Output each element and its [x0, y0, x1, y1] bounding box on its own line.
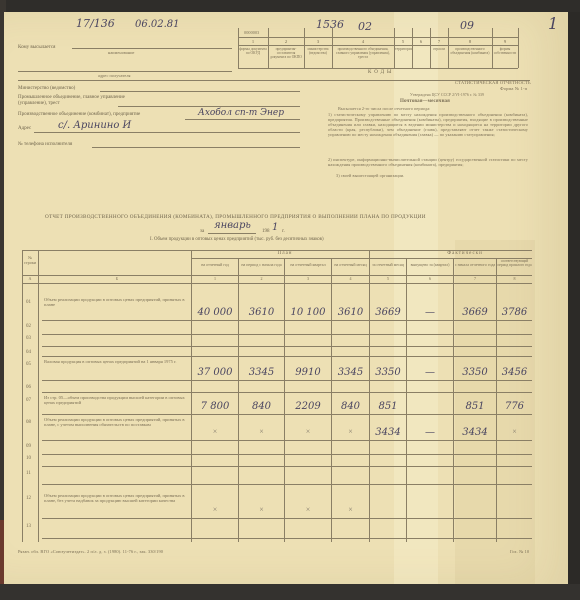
col-3-label: на отчетный квартал [285, 263, 331, 268]
row-line [42, 414, 532, 415]
numbers-divider [22, 283, 532, 284]
codes-title: КОДЫ [368, 70, 394, 75]
table-left-border [22, 250, 23, 542]
cross-mark: × [239, 427, 284, 436]
cell-value: 2209 [285, 401, 331, 412]
row-line [42, 334, 532, 335]
period-line [208, 233, 256, 234]
name-caption: наименование [108, 50, 135, 55]
stat-item-3: 3) своей вышестоящей организации. [336, 173, 404, 178]
row-number: 12 [26, 496, 31, 501]
cell-value: 3669 [370, 307, 406, 318]
cell-value: 3434 [454, 427, 496, 438]
stat-title: СТАТИСТИЧЕСКАЯ ОТЧЕТНОСТЬ [455, 80, 531, 85]
stat-item-1: 1) статистическому управлению по месту н… [328, 112, 528, 137]
year-suffix: 1 [272, 222, 278, 233]
col-8-num: 8 [497, 277, 532, 282]
cell-value: 3456 [497, 367, 532, 378]
col-2-label: на период с начала года [239, 263, 284, 268]
col-5-num: 5 [370, 277, 406, 282]
cell-value: 3786 [497, 307, 532, 318]
row-line [42, 320, 532, 321]
to-whom-line [72, 48, 232, 49]
cell-value: 776 [497, 401, 532, 412]
to-whom-label: Кому высылается [18, 45, 55, 50]
row-line [42, 538, 532, 539]
cell-value: 7 800 [192, 401, 238, 412]
cross-mark: × [497, 427, 532, 436]
col-2-border [284, 258, 285, 542]
year-unit: г. [282, 229, 285, 234]
col-3-border [331, 258, 332, 542]
cell-value: — [407, 307, 453, 318]
row-number: 01 [26, 300, 31, 305]
col-6-border [453, 258, 454, 542]
row-number: 11 [26, 471, 31, 476]
enterprise-label: Производственное объединение (комбинат),… [18, 112, 140, 117]
row-number: 03 [26, 336, 31, 341]
row-line [42, 440, 532, 441]
cell-value: 3350 [454, 367, 496, 378]
cell-value: 3350 [370, 367, 406, 378]
col-1-num: 1 [192, 277, 238, 282]
address-field-line [34, 132, 300, 133]
cell-value: 3610 [239, 307, 284, 318]
row-description: Объем реализации продукции в оптовых цен… [44, 417, 188, 428]
received-date: 06.02.81 [135, 19, 180, 30]
printer-imprint: Рязан. обл. ВГО «Союзучетиздат». 2 п/л. … [18, 549, 163, 554]
stat-approved: Утверждена ЦСУ СССР 2/VI-1976 г. № 339 [410, 93, 484, 98]
scan-right-edge [568, 12, 580, 584]
enterprise-name: Ахобол сп-т Энер [198, 108, 284, 118]
scan-bottom-edge [0, 584, 580, 600]
col-b-border [191, 250, 192, 542]
row-line [42, 380, 532, 381]
section-title: I. Объем продукции в оптовых ценах предп… [150, 237, 324, 242]
header-divider [18, 80, 530, 81]
col-3-num: 3 [285, 277, 331, 282]
group-plan: План [240, 252, 330, 257]
row-number: 02 [26, 324, 31, 329]
row-description: Объем реализации продукции в оптовых цен… [44, 297, 188, 308]
col-4-label: на отчетный месяц [332, 263, 369, 268]
ministry-line [100, 91, 300, 92]
row-line [42, 466, 532, 467]
code-association: 02 [358, 20, 372, 33]
cross-mark: × [192, 427, 238, 436]
cell-value: — [407, 367, 453, 378]
cell-value: 9910 [285, 367, 331, 378]
cell-value: 851 [370, 401, 406, 412]
association-line [118, 106, 300, 107]
cell-value: — [407, 427, 453, 438]
paper-shadow [455, 240, 535, 584]
row-description: Объем реализации продукции в оптовых цен… [44, 493, 188, 504]
row-number: 10 [26, 456, 31, 461]
phone-label: № телефона исполнителя [18, 142, 72, 147]
col-5-border [406, 258, 407, 542]
cross-mark: × [332, 505, 369, 514]
phone-line [92, 147, 300, 148]
col-6-num: 6 [407, 277, 453, 282]
col-rownum-header: № строки [23, 256, 37, 265]
row-description: Валовая продукция в оптовых ценах предпр… [44, 359, 188, 364]
cell-value: 851 [454, 401, 496, 412]
ministry-label: Министерство (ведомство) [18, 86, 75, 91]
address-value: с/. Аринино И [58, 120, 131, 131]
col-8-label: соответствующий период прошлого года [497, 259, 532, 267]
col-7-num: 7 [454, 277, 496, 282]
group-fact: Фактически [420, 252, 510, 257]
row-line [42, 356, 532, 357]
row-number: 09 [26, 444, 31, 449]
row-line [42, 484, 532, 485]
cross-mark: × [285, 505, 331, 514]
page-mark: 1 [548, 14, 558, 33]
period-month: январь [214, 220, 251, 231]
period-prefix: за [200, 229, 204, 234]
row-number: 08 [26, 420, 31, 425]
codes-box: 0000003 1формы документа по ОКУД 2предпр… [238, 28, 518, 68]
stat-form: Форма № 1-п [500, 86, 527, 91]
col-1-border [238, 258, 239, 542]
cross-mark: × [239, 505, 284, 514]
row-number: 05 [26, 362, 31, 367]
col-a-label: А [23, 277, 37, 282]
cell-value: 10 100 [285, 307, 331, 318]
cell-value: 3434 [370, 427, 406, 438]
year-prefix: 198 [262, 229, 270, 234]
stat-item-2: 2) инспектуре, информационно-вычислитель… [328, 157, 528, 167]
code-enterprise: 09 [460, 19, 474, 32]
col-6-label: выпущено за (квартал) [407, 263, 453, 268]
row-number: 07 [26, 398, 31, 403]
mail-title: Почтовая—месячная [400, 99, 450, 104]
row-line [42, 346, 532, 347]
cell-value: 3345 [332, 367, 369, 378]
cell-value: 3610 [332, 307, 369, 318]
address-label: Адрес [18, 126, 31, 131]
row-line [42, 518, 532, 519]
col-7-border [496, 258, 497, 542]
col-a-border [38, 250, 39, 542]
cell-value: 840 [239, 401, 284, 412]
row-line [42, 454, 532, 455]
cell-value: 37 000 [192, 367, 238, 378]
col-4-num: 4 [332, 277, 369, 282]
address-line [18, 71, 232, 72]
row-number: 06 [26, 385, 31, 390]
code-ministry: 1536 [316, 18, 344, 31]
form-code: Гох. № 10 [510, 549, 529, 554]
header-divider [22, 275, 532, 276]
col-b-label: Б [110, 277, 124, 282]
row-number: 13 [26, 524, 31, 529]
group-divider [191, 258, 532, 259]
col-4-border [369, 250, 370, 542]
stat-intro: Высылается 2-го числа после отчетного пе… [338, 106, 430, 111]
col-7-label: с начала отчетного года [454, 263, 496, 268]
row-line [42, 392, 532, 393]
association-label: Промышленное объединение, главное управл… [18, 95, 133, 107]
col-1-label: на отчетный год [192, 263, 238, 268]
cross-mark: × [285, 427, 331, 436]
address-caption: адрес получателя [98, 73, 131, 78]
registration-number: 17/136 [76, 17, 115, 30]
codes-top-label: 0000003 [244, 30, 259, 35]
row-description: Из стр. 05—объем производства продукции … [44, 395, 188, 406]
cross-mark: × [332, 427, 369, 436]
cross-mark: × [192, 505, 238, 514]
cell-value: 40 000 [192, 307, 238, 318]
col-5-label: за отчетный месяц [370, 263, 406, 268]
cell-value: 3669 [454, 307, 496, 318]
cell-value: 3345 [239, 367, 284, 378]
cell-value: 840 [332, 401, 369, 412]
enterprise-line [185, 119, 300, 120]
col-2-num: 2 [239, 277, 284, 282]
row-number: 04 [26, 350, 31, 355]
